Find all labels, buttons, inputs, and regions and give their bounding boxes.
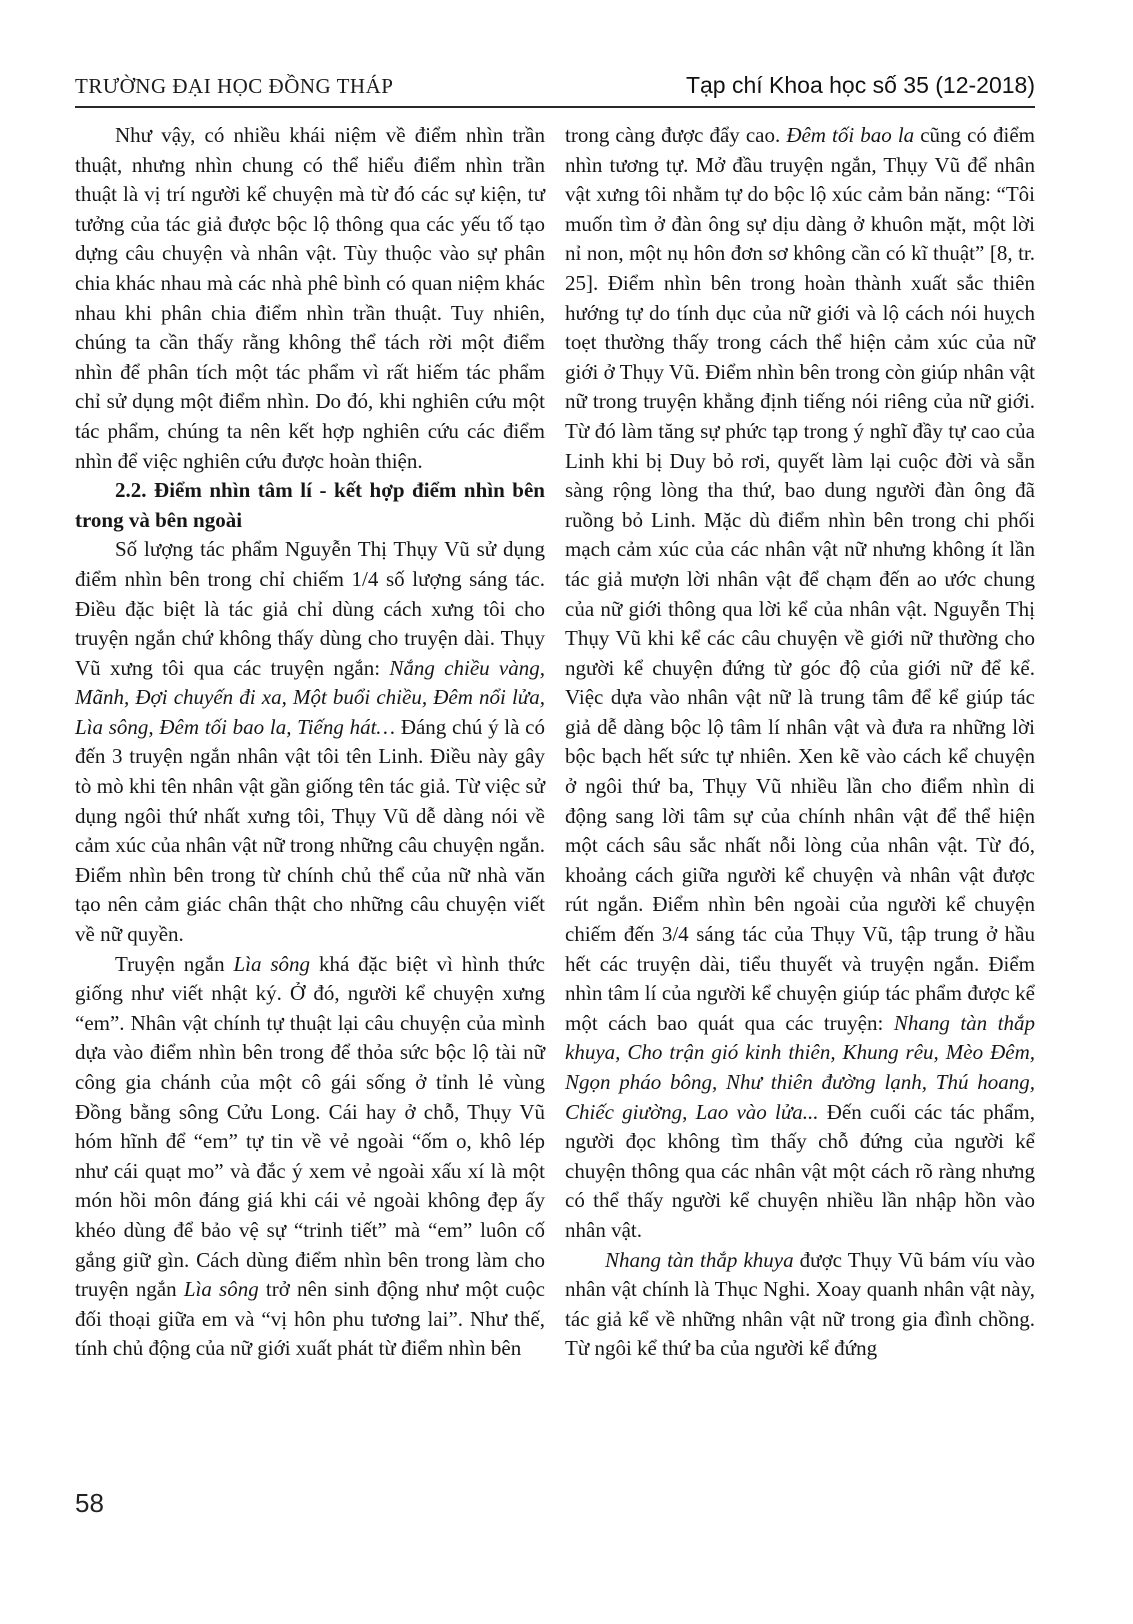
text-run: Như vậy, có nhiều khái niệm về điểm nhìn… [75,123,545,473]
paragraph: Nhang tàn thắp khuya được Thụy Vũ bám ví… [565,1246,1035,1364]
header-rule [75,106,1035,108]
page-header: TRƯỜNG ĐẠI HỌC ĐỒNG THÁP Tạp chí Khoa họ… [75,72,1035,99]
text-run: Nhang tàn thắp khuya [605,1248,794,1272]
text-run: Đáng chú ý là có đến 3 truyện ngắn nhân … [75,715,545,946]
journal-page: TRƯỜNG ĐẠI HỌC ĐỒNG THÁP Tạp chí Khoa họ… [0,0,1133,1624]
page-number: 58 [75,1488,104,1519]
text-run: Lìa sông [233,952,310,976]
journal-issue: Tạp chí Khoa học số 35 (12-2018) [686,72,1035,99]
university-name: TRƯỜNG ĐẠI HỌC ĐỒNG THÁP [75,74,393,99]
text-column-right: trong càng được đẩy cao. Đêm tối bao la … [565,121,1035,1364]
text-run: 2.2. Điểm nhìn tâm lí - kết hợp điểm nhì… [75,478,545,532]
text-run: Đêm tối bao la [786,123,914,147]
text-run: khá đặc biệt vì hình thức giống như viết… [75,952,545,1302]
text-columns: Như vậy, có nhiều khái niệm về điểm nhìn… [75,121,1035,1364]
text-run: Lìa sông [184,1277,259,1301]
section-heading: 2.2. Điểm nhìn tâm lí - kết hợp điểm nhì… [75,476,545,535]
text-run: trong càng được đẩy cao. [565,123,786,147]
paragraph: Như vậy, có nhiều khái niệm về điểm nhìn… [75,121,545,476]
text-column-left: Như vậy, có nhiều khái niệm về điểm nhìn… [75,121,545,1364]
text-run: Truyện ngắn [115,952,233,976]
text-run: cũng có điểm nhìn tương tự. Mở đầu truyệ… [565,123,1035,1035]
paragraph: trong càng được đẩy cao. Đêm tối bao la … [565,121,1035,1246]
paragraph: Số lượng tác phẩm Nguyễn Thị Thụy Vũ sử … [75,535,545,949]
paragraph: Truyện ngắn Lìa sông khá đặc biệt vì hìn… [75,950,545,1364]
